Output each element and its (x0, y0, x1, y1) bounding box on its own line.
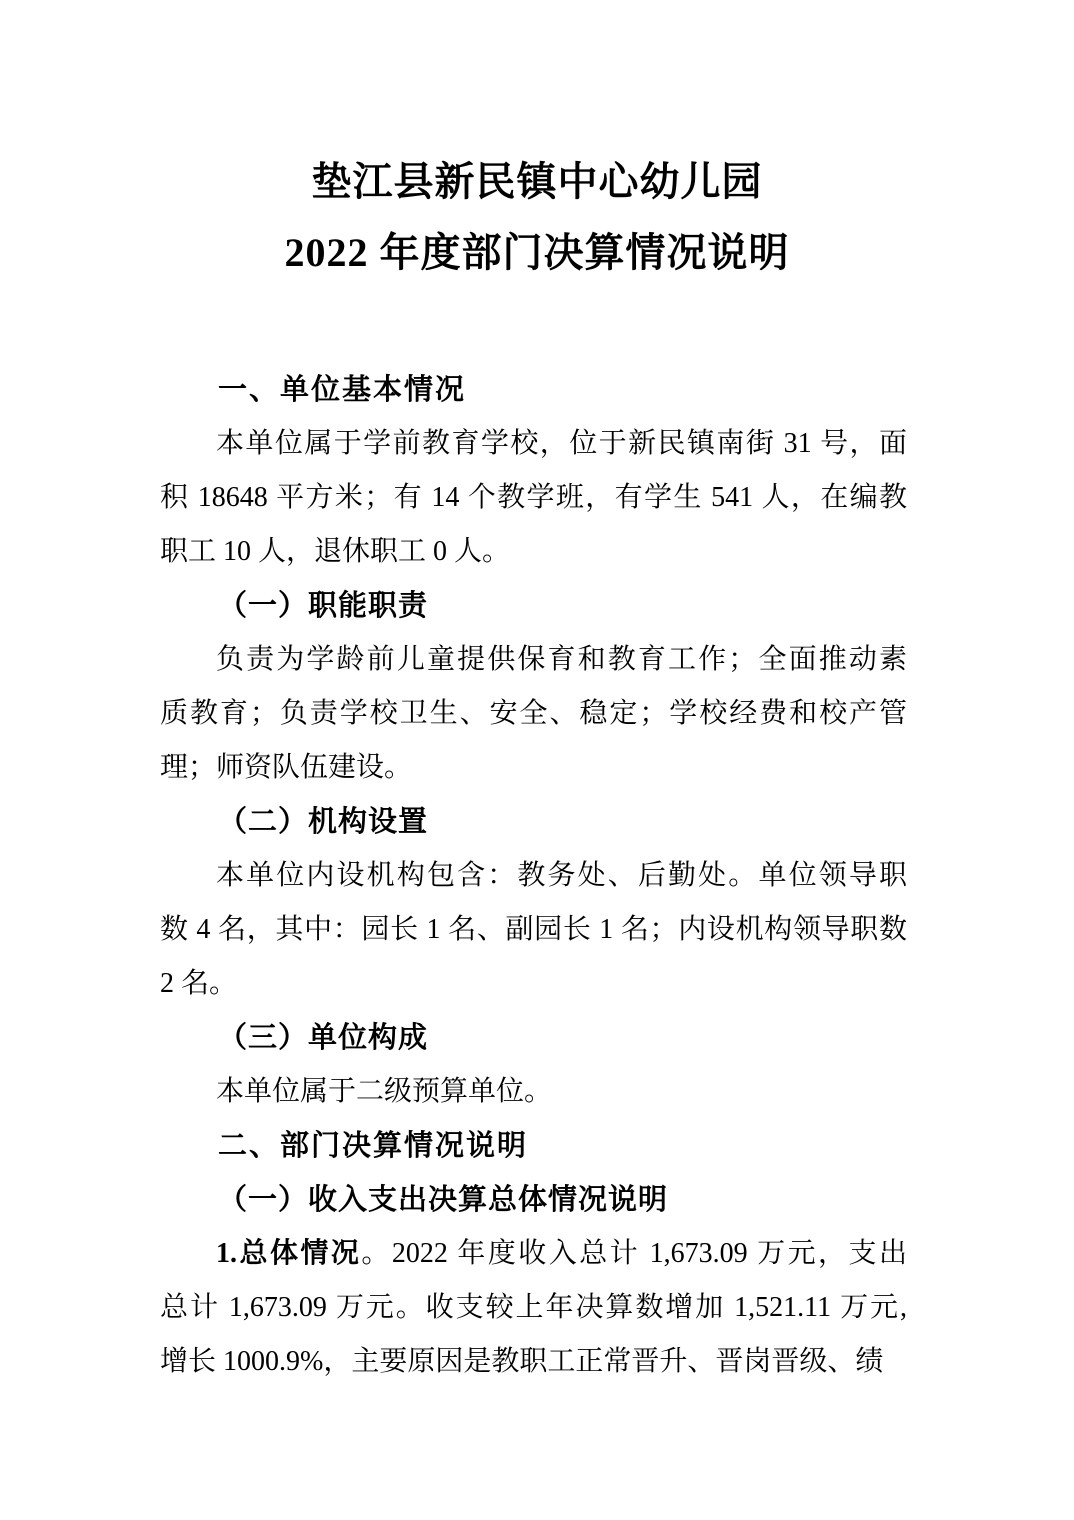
paragraph-line: 本单位属于学前教育学校，位于新民镇南街 31 号，面 (160, 417, 907, 471)
paragraph-line: 1.总体情况。2022 年度收入总计 1,673.09 万元，支出 (160, 1227, 907, 1281)
paragraph-line: 本单位内设机构包含：教务处、后勤处。单位领导职 (160, 849, 907, 903)
heading-revenue-expenditure-overview: （一）收入支出决算总体情况说明 (160, 1173, 907, 1227)
paragraph-line: 职工 10 人，退休职工 0 人。 (160, 525, 907, 579)
document-title-line-1: 垫江县新民镇中心幼儿园 (0, 146, 1074, 217)
paragraph-line: 负责为学龄前儿童提供保育和教育工作；全面推动素 (160, 633, 907, 687)
heading-unit-basic-info: 一、单位基本情况 (160, 363, 907, 417)
paragraph-lead-overall-situation: 1.总体情况 (216, 1238, 361, 1269)
heading-function-duties: （一）职能职责 (160, 579, 907, 633)
paragraph-line: 增长 1000.9%，主要原因是教职工正常晋升、晋岗晋级、绩 (160, 1335, 907, 1389)
heading-unit-composition: （三）单位构成 (160, 1011, 907, 1065)
paragraph-line: 积 18648 平方米；有 14 个教学班，有学生 541 人，在编教 (160, 471, 907, 525)
paragraph-line: 理；师资队伍建设。 (160, 741, 907, 795)
document-title-line-2: 2022 年度部门决算情况说明 (0, 217, 1074, 288)
heading-organization-setup: （二）机构设置 (160, 795, 907, 849)
paragraph-line: 数 4 名，其中：园长 1 名、副园长 1 名；内设机构领导职数 (160, 903, 907, 957)
paragraph-line: 本单位属于二级预算单位。 (160, 1065, 907, 1119)
document-title: 垫江县新民镇中心幼儿园 2022 年度部门决算情况说明 (0, 0, 1074, 288)
document-page: 垫江县新民镇中心幼儿园 2022 年度部门决算情况说明 一、单位基本情况 本单位… (0, 0, 1074, 1520)
paragraph-line: 总计 1,673.09 万元。收支较上年决算数增加 1,521.11 万元, (160, 1281, 907, 1335)
paragraph-text: 。2022 年度收入总计 1,673.09 万元，支出 (361, 1238, 907, 1269)
paragraph-line: 2 名。 (160, 957, 907, 1011)
document-body: 一、单位基本情况 本单位属于学前教育学校，位于新民镇南街 31 号，面 积 18… (160, 363, 907, 1389)
paragraph-line: 质教育；负责学校卫生、安全、稳定；学校经费和校产管 (160, 687, 907, 741)
heading-final-accounts-explanation: 二、部门决算情况说明 (160, 1119, 907, 1173)
